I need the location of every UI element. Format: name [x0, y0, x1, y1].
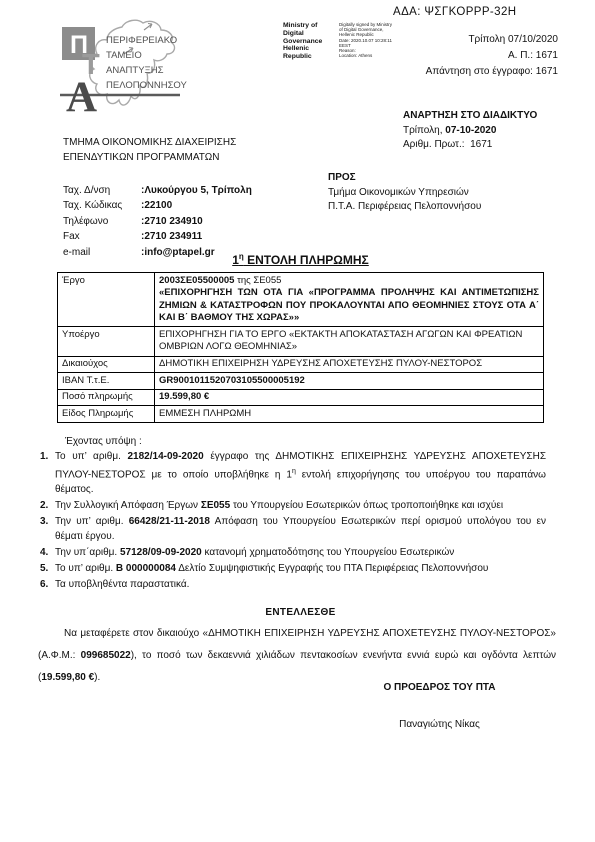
table-row-value: ΕΜΜΕΣΗ ΠΛΗΡΩΜΗ: [155, 406, 544, 423]
header-right-block: Τρίπολη 07/10/2020 Α. Π.: 1671 Απάντηση …: [426, 32, 558, 80]
logo-text-2: ΤΑΜΕΙΟ: [106, 50, 142, 61]
signoff-name: Παναγιώτης Νίκας: [362, 719, 517, 730]
table-value-line: 19.599,80 €: [159, 391, 539, 404]
web-posting-protocol-label: Αριθμ. Πρωτ.:: [403, 139, 465, 150]
title-number: 1: [232, 253, 239, 267]
consideration-number: 4.: [40, 545, 55, 560]
consideration-number: 1.: [40, 449, 55, 497]
text-segment: 2182/14-09-2020: [128, 451, 204, 462]
digital-signature-stamp: Ministry of DigitalGovernanceHellenic Re…: [283, 22, 405, 61]
text-segment: Την υπ’ αριθμ.: [55, 516, 129, 527]
table-row: ΙΒΑΝ Τ.τ.Ε.GR9001011520703105500005192: [58, 373, 544, 390]
payment-details-table: Έργο2003ΣΕ05500005 της ΣΕ055«ΕΠΙΧΟΡΗΓΗΣΗ…: [57, 272, 544, 423]
table-row-value: GR9001011520703105500005192: [155, 373, 544, 390]
contact-label: Τηλέφωνο: [63, 214, 141, 229]
consideration-item: 1.Το υπ’ αριθμ. 2182/14-09-2020 έγγραφο …: [40, 449, 546, 497]
contact-row: Ταχ. Κώδικας:22100: [63, 198, 252, 213]
document-body: 1η ΕΝΤΟΛΗ ΠΛΗΡΩΜΗΣ Έργο2003ΣΕ05500005 τη…: [57, 250, 544, 689]
contact-value: :22100: [141, 200, 172, 211]
contact-row: Ταχ. Δ/νση:Λυκούργου 5, Τρίπολη: [63, 183, 252, 198]
contact-value: :Λυκούργου 5, Τρίπολη: [141, 185, 252, 196]
table-row-label: Υποέργο: [58, 327, 155, 356]
signature-ministry-line: Hellenic Republic: [283, 45, 335, 61]
text-segment: ΕΠΙΧΟΡΗΓΗΣΗ ΓΙΑ ΤΟ ΕΡΓΟ «ΕΚΤΑΚΤΗ ΑΠΟΚΑΤΑ…: [159, 329, 522, 353]
consideration-number: 3.: [40, 514, 55, 544]
consideration-number: 5.: [40, 561, 55, 576]
text-segment: Την Συλλογική Απόφαση Έργων: [55, 500, 201, 511]
web-posting-date-line: Τρίπολη, 07-10-2020: [403, 124, 537, 139]
table-row: Ποσό πληρωμής19.599,80 €: [58, 389, 544, 406]
table-row-label: Έργο: [58, 273, 155, 327]
text-segment: ΕΜΜΕΣΗ ΠΛΗΡΩΜΗ: [159, 408, 251, 419]
header-protocol: Α. Π.: 1671: [426, 48, 558, 64]
text-segment: 19.599,80 €: [41, 672, 94, 683]
considerations-section: Έχοντας υπόψη : 1.Το υπ’ αριθμ. 2182/14-…: [40, 436, 546, 592]
signature-detail-lines: Digitally signed by Ministryof Digital G…: [339, 22, 405, 61]
consideration-text: Το υπ’ αριθμ. Β 000000084 Δελτίο Συμψηφι…: [55, 561, 546, 576]
text-segment: Την υπ΄αριθμ.: [55, 547, 120, 558]
pta-peloponnese-logo: Π T A ΠΕΡΙΦΕΡΕΙΑΚΟ ΤΑΜΕΙΟ ΑΝΑΠΤΥΞΗΣ ΠΕΛΟ…: [60, 16, 192, 118]
recipient-label: ΠΡΟΣ: [328, 171, 481, 186]
recipient-line: Τμήμα Οικονομικών Υπηρεσιών: [328, 186, 481, 201]
table-row: ΔικαιούχοςΔΗΜΟΤΙΚΗ ΕΠΙΧΕΙΡΗΣΗ ΥΔΡΕΥΣΗΣ Α…: [58, 356, 544, 373]
header-reply-to: Απάντηση στο έγγραφο: 1671: [426, 64, 558, 80]
table-row-value: 19.599,80 €: [155, 389, 544, 406]
table-value-line: 2003ΣΕ05500005 της ΣΕ055: [159, 275, 539, 288]
text-segment: Το υπ’ αριθμ.: [55, 563, 116, 574]
consideration-text: Τα υποβληθέντα παραστατικά.: [55, 577, 546, 592]
signature-ministry-line: Ministry of Digital: [283, 22, 335, 38]
document-title: 1η ΕΝΤΟΛΗ ΠΛΗΡΩΜΗΣ: [57, 252, 544, 267]
text-segment: «ΕΠΙΧΟΡΗΓΗΣΗ ΤΩΝ ΟΤΑ ΓΙΑ «ΠΡΟΓΡΑΜΜΑ ΠΡΟΛ…: [159, 287, 539, 323]
text-segment: 099685022: [81, 650, 131, 661]
contact-block: Ταχ. Δ/νση:Λυκούργου 5, ΤρίποληΤαχ. Κώδι…: [63, 183, 252, 260]
contact-row: Fax:2710 234911: [63, 229, 252, 244]
recipient-lines: Τμήμα Οικονομικών ΥπηρεσιώνΠ.Τ.Α. Περιφέ…: [328, 186, 481, 215]
table-row: Έργο2003ΣΕ05500005 της ΣΕ055«ΕΠΙΧΟΡΗΓΗΣΗ…: [58, 273, 544, 327]
text-segment: της ΣΕ055: [234, 275, 281, 286]
text-segment: Τα υποβληθέντα παραστατικά.: [55, 579, 189, 590]
web-posting-title: ΑΝΑΡΤΗΣΗ ΣΤΟ ΔΙΑΔΙΚΤΥΟ: [403, 109, 537, 124]
table-row-label: ΙΒΑΝ Τ.τ.Ε.: [58, 373, 155, 390]
contact-value: :2710 234910: [141, 216, 203, 227]
table-row-value: 2003ΣΕ05500005 της ΣΕ055«ΕΠΙΧΟΡΗΓΗΣΗ ΤΩΝ…: [155, 273, 544, 327]
signature-detail-line: Location: Athens: [339, 53, 405, 58]
signature-ministry-lines: Ministry of DigitalGovernanceHellenic Re…: [283, 22, 335, 61]
text-segment: ΔΗΜΟΤΙΚΗ ΕΠΙΧΕΙΡΗΣΗ ΥΔΡΕΥΣΗΣ ΑΠΟΧΕΤΕΥΣΗΣ…: [159, 358, 482, 369]
contact-label: Ταχ. Δ/νση: [63, 183, 141, 198]
consideration-text: Την υπ’ αριθμ. 66428/21-11-2018 Απόφαση …: [55, 514, 546, 544]
order-heading: ΕΝΤΕΛΛΕΣΘΕ: [57, 607, 544, 618]
consideration-number: 2.: [40, 498, 55, 513]
signature-ministry-line: Governance: [283, 38, 335, 46]
text-segment: GR9001011520703105500005192: [159, 375, 305, 386]
table-row: Είδος ΠληρωμήςΕΜΜΕΣΗ ΠΛΗΡΩΜΗ: [58, 406, 544, 423]
text-segment: 19.599,80 €: [159, 391, 209, 402]
text-segment: 57128/09-09-2020: [120, 547, 202, 558]
considerations-list: 1.Το υπ’ αριθμ. 2182/14-09-2020 έγγραφο …: [40, 449, 546, 592]
department-block: ΤΜΗΜΑ ΟΙΚΟΝΟΜΙΚΗΣ ΔΙΑΧΕΙΡΙΣΗΣ ΕΠΕΝΔΥΤΙΚΩ…: [63, 135, 236, 165]
logo-text-4: ΠΕΛΟΠΟΝΝΗΣΟΥ: [106, 80, 188, 91]
text-segment: ).: [94, 672, 100, 683]
consideration-text: Το υπ’ αριθμ. 2182/14-09-2020 έγγραφο τη…: [55, 449, 546, 497]
payment-table-body: Έργο2003ΣΕ05500005 της ΣΕ055«ΕΠΙΧΟΡΗΓΗΣΗ…: [58, 273, 544, 423]
title-rest: ΕΝΤΟΛΗ ΠΛΗΡΩΜΗΣ: [244, 253, 369, 267]
text-segment: 2003ΣΕ05500005: [159, 275, 234, 286]
recipient-block: ΠΡΟΣ Τμήμα Οικονομικών ΥπηρεσιώνΠ.Τ.Α. Π…: [328, 171, 481, 215]
contact-row: Τηλέφωνο:2710 234910: [63, 214, 252, 229]
table-row-label: Είδος Πληρωμής: [58, 406, 155, 423]
text-segment: 66428/21-11-2018: [129, 516, 210, 527]
table-row-value: ΕΠΙΧΟΡΗΓΗΣΗ ΓΙΑ ΤΟ ΕΡΓΟ «ΕΚΤΑΚΤΗ ΑΠΟΚΑΤΑ…: [155, 327, 544, 356]
contact-label: Ταχ. Κώδικας: [63, 198, 141, 213]
peloponnese-map-icon: Π T A ΠΕΡΙΦΕΡΕΙΑΚΟ ΤΑΜΕΙΟ ΑΝΑΠΤΥΞΗΣ ΠΕΛΟ…: [60, 16, 192, 118]
table-value-line: ΕΠΙΧΟΡΗΓΗΣΗ ΓΙΑ ΤΟ ΕΡΓΟ «ΕΚΤΑΚΤΗ ΑΠΟΚΑΤΑ…: [159, 329, 539, 354]
signoff-block: Ο ΠΡΟΕΔΡΟΣ ΤΟΥ ΠΤΑ Παναγιώτης Νίκας: [362, 682, 517, 730]
web-posting-block: ΑΝΑΡΤΗΣΗ ΣΤΟ ΔΙΑΔΙΚΤΥΟ Τρίπολη, 07-10-20…: [403, 109, 537, 153]
text-segment: του Υπουργείου Εσωτερικών όπως τροποποιή…: [230, 500, 503, 511]
table-row: ΥποέργοΕΠΙΧΟΡΗΓΗΣΗ ΓΙΑ ΤΟ ΕΡΓΟ «ΕΚΤΑΚΤΗ …: [58, 327, 544, 356]
text-segment: κατανομή χρηματοδότησης του Υπουργείου Ε…: [202, 547, 455, 558]
logo-text-3: ΑΝΑΠΤΥΞΗΣ: [106, 65, 164, 76]
web-posting-protocol-line: Αριθμ. Πρωτ.: 1671: [403, 138, 537, 153]
consideration-item: 6.Τα υποβληθέντα παραστατικά.: [40, 577, 546, 592]
ada-code: ΑΔΑ: ΨΣΓΚΟΡΡΡ-32Η: [393, 6, 516, 18]
order-paragraph: Να μεταφέρετε στον δικαιούχο «ΔΗΜΟΤΙΚΗ Ε…: [38, 623, 556, 689]
considerations-intro: Έχοντας υπόψη :: [65, 436, 546, 447]
contact-value: :2710 234911: [141, 231, 202, 242]
web-posting-date: 07-10-2020: [445, 125, 496, 136]
payment-order-document: Π T A ΠΕΡΙΦΕΡΕΙΑΚΟ ΤΑΜΕΙΟ ΑΝΑΠΤΥΞΗΣ ΠΕΛΟ…: [0, 0, 595, 842]
table-row-label: Ποσό πληρωμής: [58, 389, 155, 406]
table-row-value: ΔΗΜΟΤΙΚΗ ΕΠΙΧΕΙΡΗΣΗ ΥΔΡΕΥΣΗΣ ΑΠΟΧΕΤΕΥΣΗΣ…: [155, 356, 544, 373]
table-value-line: ΔΗΜΟΤΙΚΗ ΕΠΙΧΕΙΡΗΣΗ ΥΔΡΕΥΣΗΣ ΑΠΟΧΕΤΕΥΣΗΣ…: [159, 358, 539, 371]
text-segment: ΣΕ055: [201, 500, 230, 511]
department-line1: ΤΜΗΜΑ ΟΙΚΟΝΟΜΙΚΗΣ ΔΙΑΧΕΙΡΙΣΗΣ: [63, 135, 236, 150]
consideration-item: 3.Την υπ’ αριθμ. 66428/21-11-2018 Απόφασ…: [40, 514, 546, 544]
table-value-line: ΕΜΜΕΣΗ ΠΛΗΡΩΜΗ: [159, 408, 539, 421]
document-title-text: 1η ΕΝΤΟΛΗ ΠΛΗΡΩΜΗΣ: [232, 253, 369, 267]
text-segment: Β 000000084: [116, 563, 176, 574]
text-segment: Δελτίο Συμψηφιστικής Εγγραφής του ΠΤΑ Πε…: [176, 563, 488, 574]
table-value-line: GR9001011520703105500005192: [159, 375, 539, 388]
consideration-item: 5.Το υπ’ αριθμ. Β 000000084 Δελτίο Συμψη…: [40, 561, 546, 576]
logo-text-1: ΠΕΡΙΦΕΡΕΙΑΚΟ: [106, 35, 177, 46]
web-posting-protocol-value: 1671: [470, 139, 492, 150]
department-line2: ΕΠΕΝΔΥΤΙΚΩΝ ΠΡΟΓΡΑΜΜΑΤΩΝ: [63, 150, 236, 165]
table-value-line: «ΕΠΙΧΟΡΗΓΗΣΗ ΤΩΝ ΟΤΑ ΓΙΑ «ΠΡΟΓΡΑΜΜΑ ΠΡΟΛ…: [159, 287, 539, 325]
consideration-text: Την Συλλογική Απόφαση Έργων ΣΕ055 του Υπ…: [55, 498, 546, 513]
consideration-item: 2.Την Συλλογική Απόφαση Έργων ΣΕ055 του …: [40, 498, 546, 513]
logo-letter-a: A: [66, 74, 97, 118]
web-posting-place: Τρίπολη,: [403, 125, 443, 136]
consideration-text: Την υπ΄αριθμ. 57128/09-09-2020 κατανομή …: [55, 545, 546, 560]
recipient-line: Π.Τ.Α. Περιφέρειας Πελοποννήσου: [328, 200, 481, 215]
contact-label: Fax: [63, 229, 141, 244]
signoff-title: Ο ΠΡΟΕΔΡΟΣ ΤΟΥ ΠΤΑ: [362, 682, 517, 693]
consideration-item: 4.Την υπ΄αριθμ. 57128/09-09-2020 κατανομ…: [40, 545, 546, 560]
consideration-number: 6.: [40, 577, 55, 592]
table-row-label: Δικαιούχος: [58, 356, 155, 373]
header-place-date: Τρίπολη 07/10/2020: [426, 32, 558, 48]
text-segment: Το υπ’ αριθμ.: [55, 451, 128, 462]
